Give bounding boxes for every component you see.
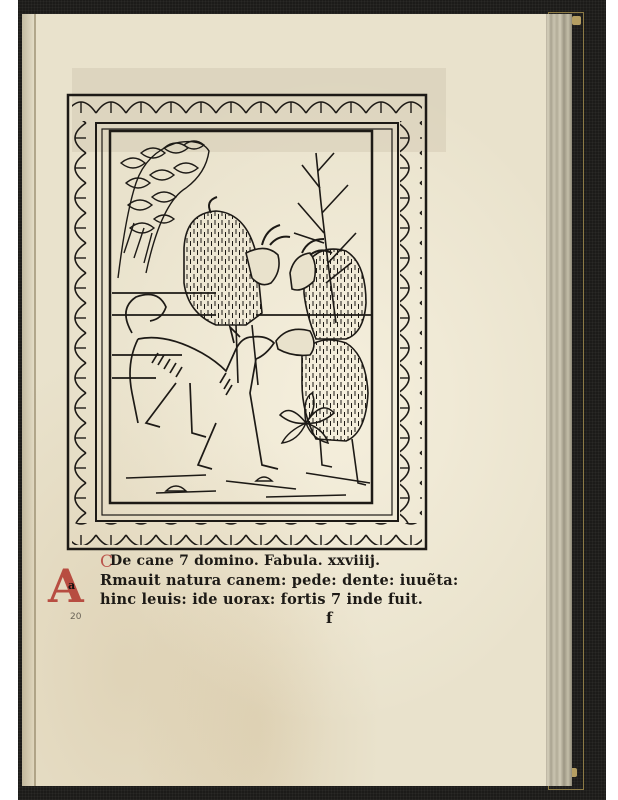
gutter-fold	[34, 14, 36, 786]
pencil-note: 20	[70, 612, 81, 622]
fable-title: De cane 7 domino. Fabula. xxviiij.	[110, 553, 380, 569]
rubricated-initial: A	[48, 563, 84, 609]
corner-ornament-top	[572, 16, 581, 25]
sheep	[276, 329, 368, 485]
page-edges	[542, 14, 572, 786]
signature-mark: f	[326, 609, 332, 627]
dog	[126, 295, 278, 469]
goat-right	[290, 239, 366, 339]
goat-left	[184, 197, 290, 385]
woodcut-illustration	[66, 93, 430, 553]
verse-line-2: hinc leuis: ide uorax: fortis 7 inde fui…	[100, 591, 423, 608]
verse-line-1: Rmauit natura canem: pede: dente: iuuẽta…	[100, 572, 458, 589]
ground	[126, 473, 370, 497]
guide-letter: a	[68, 579, 75, 592]
